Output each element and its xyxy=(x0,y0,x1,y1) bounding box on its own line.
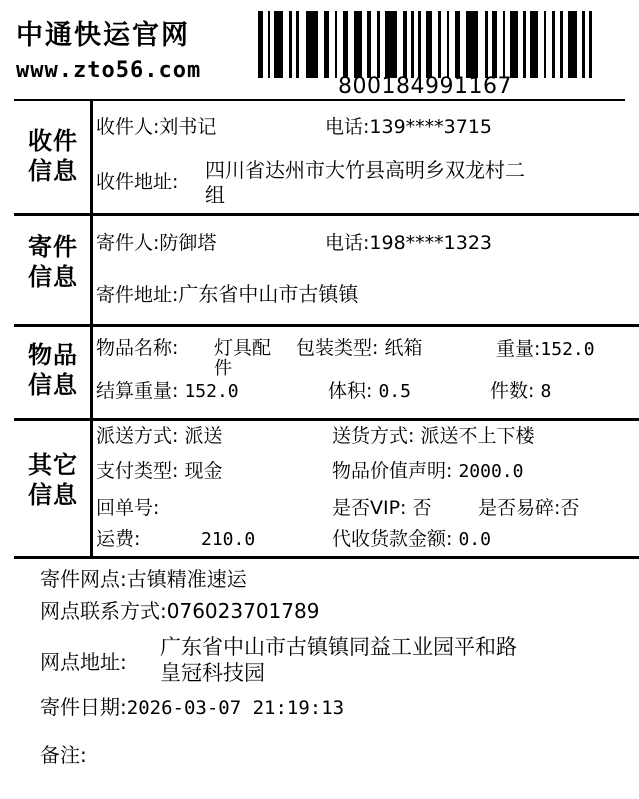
label-column-divider xyxy=(90,100,93,558)
receiver-label-line1: 收件 xyxy=(28,126,90,156)
ship-date: 寄件日期:2026-03-07 21:19:13 xyxy=(40,695,344,720)
outlet-contact-value: 076023701789 xyxy=(167,599,320,623)
pieces-label: 件数: xyxy=(490,380,534,402)
weight: 重量:152.0 xyxy=(496,337,595,362)
payment-type-label: 支付类型: xyxy=(96,460,178,482)
sender-phone: 电话:198****1323 xyxy=(325,231,492,255)
billing-weight-value: 152.0 xyxy=(184,381,238,402)
sender-address-value: 广东省中山市古镇镇 xyxy=(178,282,358,306)
package-type: 包装类型: 纸箱 xyxy=(296,336,422,360)
receiver-phone: 电话:139****3715 xyxy=(325,115,492,139)
declared-value: 物品价值声明: 2000.0 xyxy=(332,459,523,484)
billing-weight-label: 结算重量: xyxy=(96,380,178,402)
receiver-address-line1: 四川省达州市大竹县高明乡双龙村二 xyxy=(205,158,525,182)
barcode-bar xyxy=(568,11,576,78)
billing-weight: 结算重量: 152.0 xyxy=(96,379,239,404)
cod-label: 代收货款金额: xyxy=(332,528,452,550)
outlet-contact-label: 网点联系方式: xyxy=(40,599,167,623)
freight-value: 210.0 xyxy=(201,528,255,552)
other-section-label: 其它 信息 xyxy=(28,450,90,510)
delivery-method: 送货方式: 派送不上下楼 xyxy=(332,424,534,448)
dispatch-method-label: 派送方式: xyxy=(96,425,178,447)
sender-phone-label: 电话: xyxy=(325,232,369,254)
sender-divider xyxy=(14,324,639,327)
dispatch-method: 派送方式: 派送 xyxy=(96,424,222,448)
barcode-bar xyxy=(274,11,282,78)
receiver-phone-value: 139****3715 xyxy=(369,116,492,138)
receiver-name-label: 收件人: xyxy=(96,116,159,138)
barcode-space xyxy=(299,11,306,78)
outlet-address-line1: 广东省中山市古镇镇同益工业园平和路 xyxy=(160,635,517,659)
barcode-bar xyxy=(354,11,362,78)
goods-label-line1: 物品 xyxy=(28,340,90,370)
goods-divider xyxy=(14,418,639,421)
receiver-name-value: 刘书记 xyxy=(159,116,216,138)
remarks-label: 备注: xyxy=(40,743,87,767)
receiver-label-line2: 信息 xyxy=(28,156,90,186)
cod-amount: 代收货款金额: 0.0 xyxy=(332,527,491,552)
sender-label-line2: 信息 xyxy=(28,262,90,292)
fragile-value: 否 xyxy=(560,497,579,519)
receiver-divider xyxy=(14,213,639,216)
dispatch-method-value: 派送 xyxy=(184,425,222,447)
receiver-address-line2: 组 xyxy=(205,183,225,207)
receiver-name: 收件人:刘书记 xyxy=(96,115,216,139)
other-label-line2: 信息 xyxy=(28,480,90,510)
outlet-address-line2: 皇冠科技园 xyxy=(160,661,265,685)
barcode-bar xyxy=(466,11,478,78)
goods-label-line2: 信息 xyxy=(28,370,90,400)
sender-name-value: 防御塔 xyxy=(159,232,216,254)
brand-title: 中通快运官网 xyxy=(16,13,190,52)
payment-type-value: 现金 xyxy=(184,460,222,482)
weight-value: 152.0 xyxy=(540,339,594,360)
cod-value: 0.0 xyxy=(458,529,491,550)
barcode-bar xyxy=(306,11,318,78)
package-type-value: 纸箱 xyxy=(384,337,422,359)
outlet-address-label: 网点地址: xyxy=(40,650,127,674)
sender-phone-value: 198****1323 xyxy=(369,232,492,254)
top-divider xyxy=(14,99,625,101)
barcode-bar xyxy=(589,11,592,78)
vip-value: 否 xyxy=(413,497,432,519)
sender-label-line1: 寄件 xyxy=(28,232,90,262)
pieces-value: 8 xyxy=(540,381,551,402)
return-slip-label: 回单号: xyxy=(96,497,159,519)
barcode-number: 800184991167 xyxy=(258,75,592,99)
volume: 体积: 0.5 xyxy=(328,379,411,404)
sender-name: 寄件人:防御塔 xyxy=(96,231,216,255)
fragile-flag: 是否易碎:否 xyxy=(478,496,579,520)
delivery-method-value: 派送不上下楼 xyxy=(420,425,534,447)
item-name-value-line2: 件 xyxy=(214,357,232,381)
receiver-address-label: 收件地址: xyxy=(96,170,178,194)
freight: 运费: xyxy=(96,527,140,551)
payment-type: 支付类型: 现金 xyxy=(96,459,222,483)
sender-section-label: 寄件 信息 xyxy=(28,232,90,292)
declared-value-value: 2000.0 xyxy=(458,461,523,482)
ship-date-value: 2026-03-07 21:19:13 xyxy=(127,697,344,719)
outlet-value: 古镇精准速运 xyxy=(127,567,247,591)
barcode-bar xyxy=(385,11,397,78)
website-url: www.zto56.com xyxy=(16,58,201,83)
return-slip: 回单号: xyxy=(96,496,159,520)
barcode-bar xyxy=(510,11,518,78)
volume-value: 0.5 xyxy=(378,381,411,402)
vip-label: 是否VIP: xyxy=(332,497,406,519)
pieces: 件数: 8 xyxy=(490,379,551,404)
barcode-space xyxy=(432,11,439,78)
receiver-phone-label: 电话: xyxy=(325,116,369,138)
barcode xyxy=(258,11,592,78)
delivery-method-label: 送货方式: xyxy=(332,425,414,447)
sender-name-label: 寄件人: xyxy=(96,232,159,254)
remarks: 备注: xyxy=(40,743,87,767)
outlet-contact: 网点联系方式:076023701789 xyxy=(40,599,319,623)
package-type-label: 包装类型: xyxy=(296,337,378,359)
barcode-space xyxy=(283,11,290,78)
outlet: 寄件网点:古镇精准速运 xyxy=(40,567,247,591)
barcode-space xyxy=(478,11,485,78)
goods-section-label: 物品 信息 xyxy=(28,340,90,400)
weight-label: 重量: xyxy=(496,338,540,360)
other-divider xyxy=(14,556,639,559)
receiver-section-label: 收件 信息 xyxy=(28,126,90,186)
vip-flag: 是否VIP: 否 xyxy=(332,496,432,520)
item-name-label: 物品名称: xyxy=(96,336,178,360)
barcode-bar xyxy=(530,11,538,78)
ship-date-label: 寄件日期: xyxy=(40,695,127,719)
sender-address-label: 寄件地址: xyxy=(96,284,178,306)
volume-label: 体积: xyxy=(328,380,372,402)
declared-value-label: 物品价值声明: xyxy=(332,460,452,482)
outlet-label: 寄件网点: xyxy=(40,567,127,591)
other-label-line1: 其它 xyxy=(28,450,90,480)
freight-label: 运费: xyxy=(96,528,140,550)
sender-address: 寄件地址:广东省中山市古镇镇 xyxy=(96,282,358,307)
fragile-label: 是否易碎: xyxy=(478,497,560,519)
